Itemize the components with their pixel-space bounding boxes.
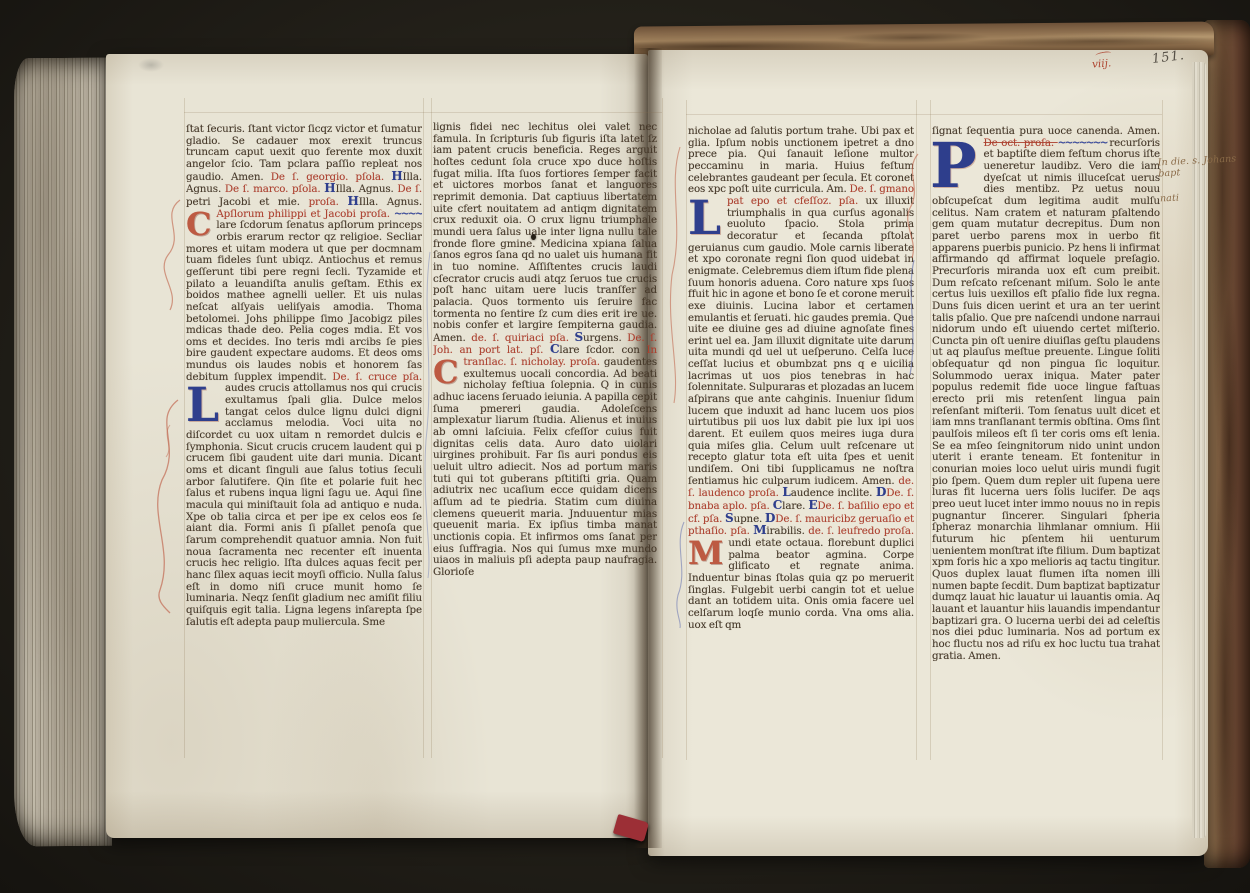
rubric-text: de. ſ. leufredo proſa. xyxy=(808,525,914,537)
initial-letter: L xyxy=(186,385,219,426)
initial-letter: L xyxy=(782,485,790,499)
text-column-left-2: lignis fidei nec lechitus olei valet nec… xyxy=(433,122,657,720)
parchment-hole xyxy=(531,234,536,240)
rubric-text: De ſ. marco. pſola. xyxy=(225,183,324,195)
text-column-right-2: ſignat ſequentia pura uoce canenda. Amen… xyxy=(932,126,1160,722)
body-text: lare. xyxy=(782,500,808,512)
body-text: gaudentes exultemus uocali concordia. Ad… xyxy=(433,356,657,578)
text-column-right-1: nicholae ad ſalutis portum trahe. Ubi pa… xyxy=(688,126,914,722)
initial-letter: D xyxy=(765,511,775,525)
rubric-text: Apſlorum philippi et Jacobi proſa. xyxy=(216,208,394,220)
rubric-text: proſa. xyxy=(309,196,348,208)
text-column-left-1: ſtat ſecuris. ſtant victor ſicqz victor … xyxy=(186,124,422,698)
initial-letter: C xyxy=(433,358,458,386)
ruling-line xyxy=(184,112,662,113)
pencil-smudge xyxy=(138,58,164,72)
line-filler: ~~~~ xyxy=(394,208,422,220)
body-text: audes crucis attollamus nos qui crucis e… xyxy=(186,382,422,627)
initial-letter: C xyxy=(550,342,559,356)
body-text: ſignat ſequentia pura uoce canenda. Amen… xyxy=(932,126,1160,137)
ruling-line xyxy=(916,100,917,760)
body-text: ux illuxit triumphalis in qua curſus ago… xyxy=(688,195,914,487)
page-stack-edge xyxy=(14,58,112,847)
ruling-line xyxy=(662,98,663,758)
right-page-leaf-edges xyxy=(1192,62,1206,838)
rubric-text: De oct. proſa. xyxy=(984,137,1058,149)
initial-letter: M xyxy=(688,539,723,567)
initial-letter: M xyxy=(753,523,766,537)
ruling-line xyxy=(184,98,185,758)
page-stack-shading xyxy=(14,58,112,847)
body-text: Illa. Agnus. xyxy=(359,196,422,208)
ruling-line xyxy=(431,98,432,758)
initial-letter: S xyxy=(725,511,734,525)
body-text: recurſoris et baptiſte diem feſtum choru… xyxy=(932,137,1160,662)
body-text: lare ſcdor. con xyxy=(559,344,646,356)
book-cover-edge-right xyxy=(1204,20,1250,868)
initial-letter: H xyxy=(391,169,402,183)
ruling-line xyxy=(423,98,424,758)
body-text: irabilis. xyxy=(766,525,808,537)
rubric-text: De. ſ. cruce pſa. xyxy=(332,371,422,383)
initial-letter: S xyxy=(574,330,583,344)
ruling-line xyxy=(930,100,931,760)
body-text: lare ſcdorum ſenatus apſlorum princeps o… xyxy=(186,219,422,383)
initial-letter: H xyxy=(347,194,358,208)
rubric-text: De ſ. xyxy=(397,183,422,195)
body-text: Illa. Agnus. xyxy=(335,183,397,195)
line-filler: ~~~~~~~ xyxy=(1058,137,1110,149)
cover-texture xyxy=(1204,20,1250,868)
initial-letter: H xyxy=(324,181,335,195)
body-text: lignis fidei nec lechitus olei valet nec… xyxy=(433,122,657,344)
manuscript-photo: ſtat ſecuris. ſtant victor ſicqz victor … xyxy=(0,0,1250,893)
body-text: petri Jacobi et mie. xyxy=(186,196,309,208)
ruling-line xyxy=(686,100,687,760)
initial-letter: C xyxy=(186,210,211,238)
initial-letter: L xyxy=(688,198,721,239)
initial-letter: P xyxy=(932,141,977,191)
quire-mark: viij. xyxy=(1092,57,1112,70)
margin-note: nati xyxy=(1160,193,1179,205)
initial-letter: D xyxy=(876,485,886,499)
body-text: urgens. xyxy=(583,332,627,344)
body-text: audence inclite. xyxy=(791,487,876,499)
ruling-line xyxy=(686,114,1162,115)
